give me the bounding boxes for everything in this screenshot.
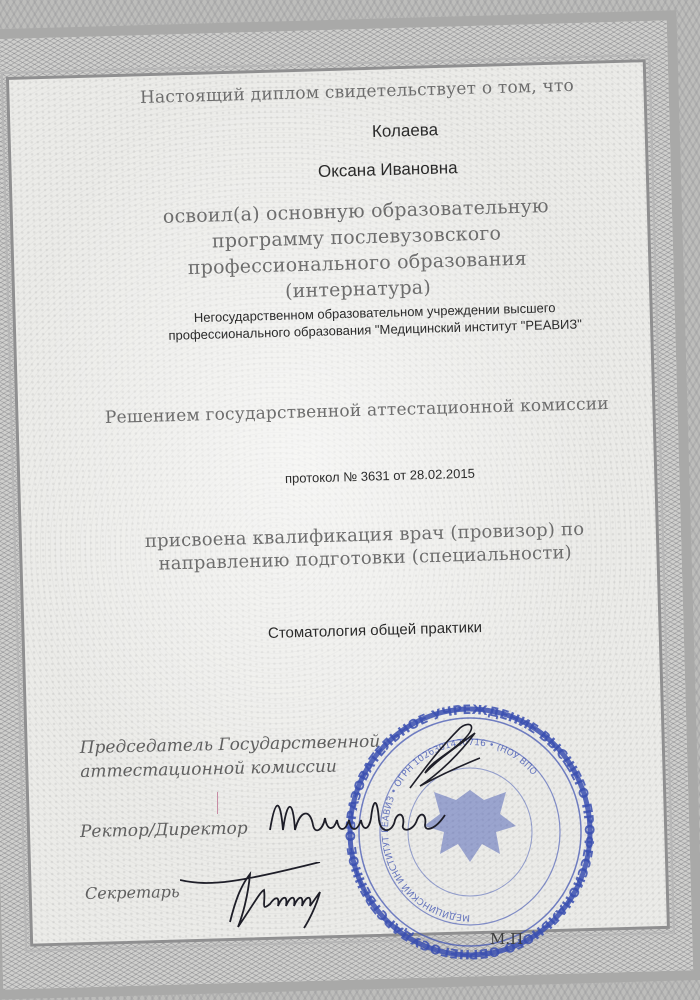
protocol-number: протокол № 3631 от 28.02.2015	[285, 466, 475, 486]
intro-text: Настоящий диплом свидетельствует о том, …	[140, 76, 575, 108]
decision-text: Решением государственной аттестационной …	[105, 394, 609, 428]
qualification-text: присвоена квалификация врач (провизор) п…	[144, 518, 585, 576]
ink-mark	[217, 792, 218, 814]
secretary-label: Секретарь	[85, 882, 180, 903]
program-text: освоил(а) основную образовательную прогр…	[121, 192, 594, 309]
rector-signature	[265, 790, 455, 845]
graduate-given-names: Оксана Ивановна	[318, 158, 458, 182]
chair-signature	[400, 718, 490, 798]
graduate-surname: Колаева	[372, 120, 439, 142]
seal-place-label: М.П	[490, 930, 523, 948]
rector-label: Ректор/Директор	[80, 818, 248, 842]
specialty-name: Стоматология общей практики	[268, 619, 482, 642]
diploma-content: Настоящий диплом свидетельствует о том, …	[0, 0, 700, 1000]
secretary-signature	[180, 862, 350, 932]
